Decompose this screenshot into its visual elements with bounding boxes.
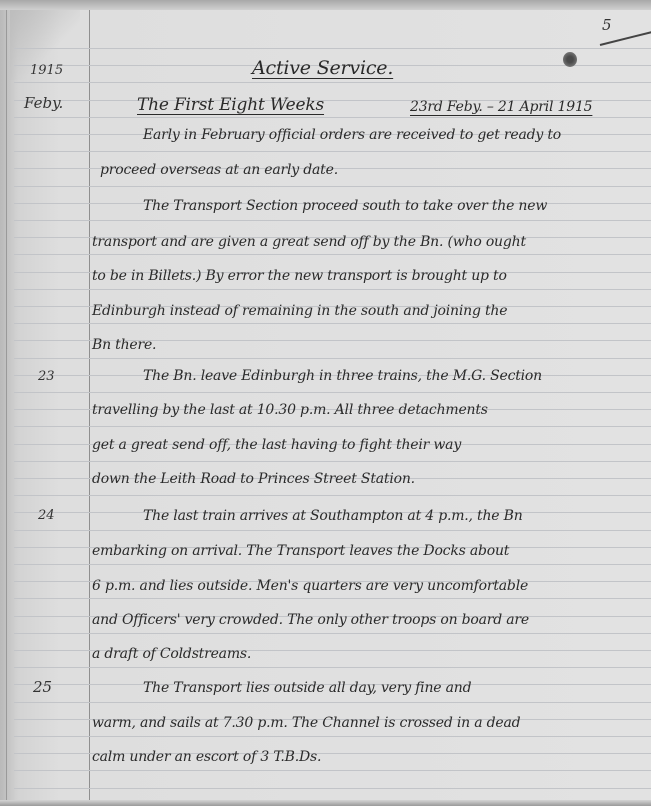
ruled-line [14, 117, 651, 118]
margin-date-25: 25 [33, 678, 52, 696]
ruled-line [14, 323, 651, 324]
text-line: The last train arrives at Southampton at… [143, 508, 523, 524]
text-line: get a great send off, the last having to… [92, 437, 461, 453]
ruled-line [14, 82, 651, 83]
ruled-line [14, 220, 651, 221]
margin-month: Feby. [24, 94, 63, 112]
ruled-line [14, 667, 651, 668]
text-line: 6 p.m. and lies outside. Men's quarters … [92, 578, 528, 594]
ruled-line [14, 736, 651, 737]
text-line: The Bn. leave Edinburgh in three trains,… [143, 368, 542, 384]
text-line: a draft of Coldstreams. [92, 646, 251, 662]
text-line: The Transport Section proceed south to t… [143, 198, 547, 214]
ruled-line [14, 461, 651, 462]
text-line: proceed overseas at an early date. [100, 162, 338, 178]
diary-page: 5 1915 Feby. 23 24 25 Active Service. Th… [0, 0, 651, 806]
text-line: transport and are given a great send off… [92, 234, 526, 250]
ruled-line [14, 770, 651, 771]
margin-year: 1915 [30, 63, 63, 78]
ruled-line [14, 392, 651, 393]
text-line: warm, and sails at 7.30 p.m. The Channel… [92, 715, 520, 731]
punch-hole [563, 52, 577, 67]
ruled-line [14, 48, 651, 49]
ruled-line [14, 254, 651, 255]
page-bottom-edge [0, 800, 651, 806]
margin-date-23: 23 [38, 369, 55, 384]
margin-date-24: 24 [38, 508, 55, 523]
text-line: calm under an escort of 3 T.B.Ds. [92, 749, 321, 765]
ruled-line [14, 564, 651, 565]
ruled-line [14, 426, 651, 427]
text-line: Early in February official orders are re… [143, 127, 561, 143]
ruled-line [14, 186, 651, 187]
ruled-line [14, 289, 651, 290]
section-date-range: 23rd Feby. – 21 April 1915 [410, 99, 592, 115]
margin-rule [89, 10, 90, 806]
text-line: Bn there. [92, 337, 156, 353]
ruled-line [14, 788, 651, 789]
page-title: Active Service. [252, 57, 393, 79]
binding-edge-line [6, 10, 7, 806]
ruled-line [14, 633, 651, 634]
ruled-line [14, 598, 651, 599]
page-number: 5 [602, 16, 612, 34]
text-line: down the Leith Road to Princes Street St… [92, 471, 415, 487]
text-line: to be in Billets.) By error the new tran… [92, 268, 507, 284]
ruled-line [14, 702, 651, 703]
page-top-edge [0, 0, 651, 10]
ruled-line [14, 530, 651, 531]
section-heading: The First Eight Weeks [137, 95, 324, 115]
text-line: The Transport lies outside all day, very… [143, 680, 471, 696]
ruled-line [14, 151, 651, 152]
text-line: and Officers' very crowded. The only oth… [92, 612, 529, 628]
text-line: embarking on arrival. The Transport leav… [92, 543, 509, 559]
ruled-line [14, 358, 651, 359]
ruled-line [14, 495, 651, 496]
text-line: Edinburgh instead of remaining in the so… [92, 303, 507, 319]
text-line: travelling by the last at 10.30 p.m. All… [92, 402, 488, 418]
